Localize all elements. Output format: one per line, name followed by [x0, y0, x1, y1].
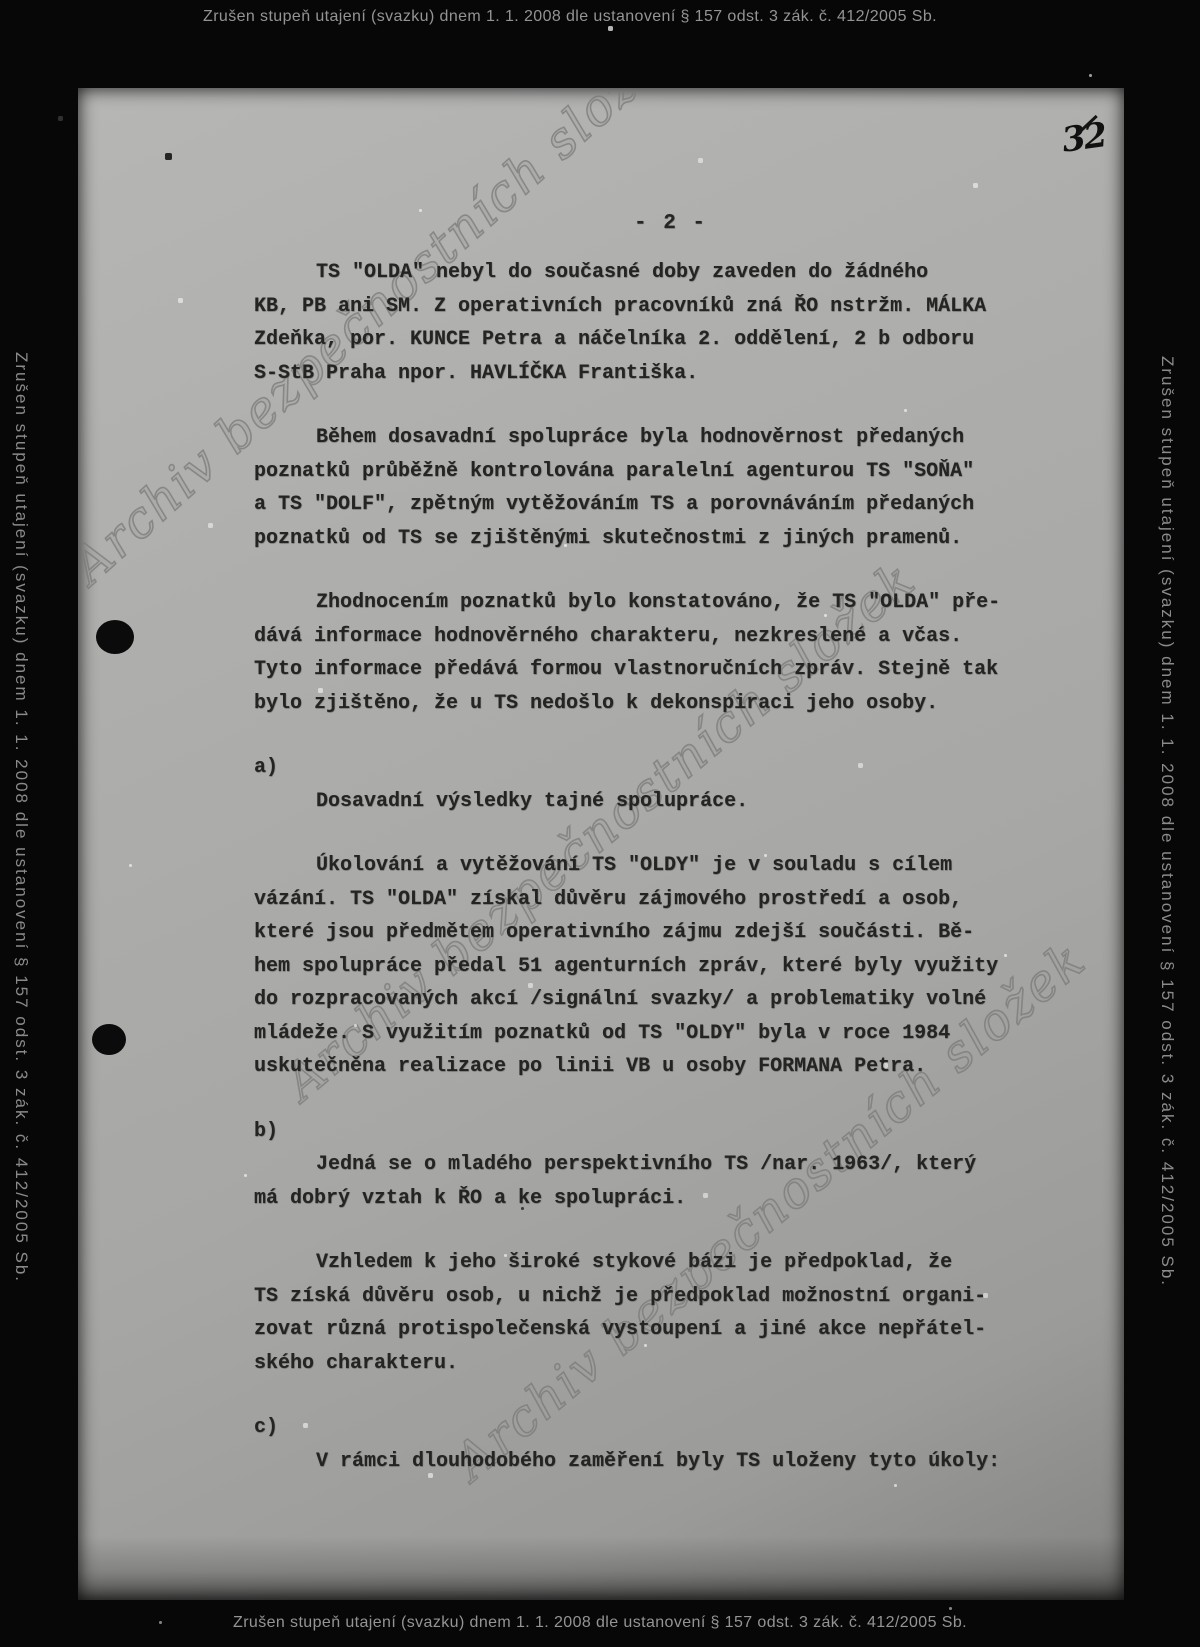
- typewritten-line: bylo zjištěno, že u TS nedošlo k dekonsp…: [254, 687, 1054, 721]
- section-label: b): [254, 1115, 1054, 1149]
- typewritten-line: TS získá důvěru osob, u nichž je předpok…: [254, 1280, 1054, 1314]
- typewritten-line: c): [254, 1411, 1054, 1445]
- typed-page-number: - 2 -: [634, 212, 707, 235]
- typewritten-line: mládeže. S využitím poznatků od TS "OLDY…: [254, 1017, 1054, 1051]
- typewritten-line: Úkolování a vytěžování TS "OLDY" je v so…: [254, 849, 1054, 883]
- declassification-banner-left: Zrušen stupeň utajení (svazku) dnem 1. 1…: [11, 352, 31, 1283]
- section-label: a): [254, 751, 1054, 785]
- typewritten-line: Vzhledem k jeho široké stykové bázi je p…: [254, 1246, 1054, 1280]
- typewritten-line: uskutečněna realizace po linii VB u osob…: [254, 1050, 1054, 1084]
- declassification-banner-right: Zrušen stupeň utajení (svazku) dnem 1. 1…: [1157, 356, 1177, 1287]
- typewritten-line: zovat různá protispolečenská vystoupení …: [254, 1313, 1054, 1347]
- typewritten-line: ského charakteru.: [254, 1347, 1054, 1381]
- typewritten-line: poznatků průběžně kontrolována paralelní…: [254, 455, 1054, 489]
- typewritten-line: které jsou předmětem operativního zájmu …: [254, 916, 1054, 950]
- ink-specks: [0, 0, 1, 1]
- typewritten-line: b): [254, 1115, 1054, 1149]
- typewritten-line: a): [254, 751, 1054, 785]
- punch-hole: [96, 620, 134, 654]
- declassification-banner-bottom: Zrušen stupeň utajení (svazku) dnem 1. 1…: [30, 1614, 1170, 1632]
- declassification-banner-top: Zrušen stupeň utajení (svazku) dnem 1. 1…: [0, 8, 1140, 26]
- typewritten-content: TS "OLDA" nebyl do současné doby zaveden…: [254, 256, 1054, 1509]
- typewritten-line: S-StB Praha npor. HAVLÍČKA Františka.: [254, 357, 1054, 391]
- typewritten-line: Zdeňka, por. KUNCE Petra a náčelníka 2. …: [254, 323, 1054, 357]
- typewritten-line: Dosavadní výsledky tajné spolupráce.: [254, 785, 1054, 819]
- paragraph: Dosavadní výsledky tajné spolupráce.: [254, 785, 1054, 819]
- typewritten-line: a TS "DOLF", zpětným vytěžováním TS a po…: [254, 488, 1054, 522]
- typewritten-line: poznatků od TS se zjištěnými skutečnostm…: [254, 522, 1054, 556]
- paragraph: Během dosavadní spolupráce byla hodnověr…: [254, 421, 1054, 555]
- typewritten-line: Zhodnocením poznatků bylo konstatováno, …: [254, 586, 1054, 620]
- paragraph: Vzhledem k jeho široké stykové bázi je p…: [254, 1246, 1054, 1380]
- typewritten-line: Tyto informace předává formou vlastnoruč…: [254, 653, 1054, 687]
- typewritten-line: Během dosavadní spolupráce byla hodnověr…: [254, 421, 1054, 455]
- typewritten-line: KB, PB ani SM. Z operativních pracovníků…: [254, 290, 1054, 324]
- typewritten-line: hem spolupráce předal 51 agenturních zpr…: [254, 950, 1054, 984]
- section-label: c): [254, 1411, 1054, 1445]
- handwritten-page-number: 32: [1059, 115, 1107, 161]
- typewritten-line: má dobrý vztah k ŘO a ke spolupráci.: [254, 1182, 1054, 1216]
- typewritten-line: TS "OLDA" nebyl do současné doby zaveden…: [254, 256, 1054, 290]
- paragraph: Zhodnocením poznatků bylo konstatováno, …: [254, 586, 1054, 720]
- typewritten-line: Jedná se o mladého perspektivního TS /na…: [254, 1148, 1054, 1182]
- paper-sheet: 32 - 2 - TS "OLDA" nebyl do současné dob…: [78, 88, 1124, 1600]
- paragraph: Úkolování a vytěžování TS "OLDY" je v so…: [254, 849, 1054, 1084]
- paragraph: V rámci dlouhodobého zaměření byly TS ul…: [254, 1445, 1054, 1479]
- paragraph: TS "OLDA" nebyl do současné doby zaveden…: [254, 256, 1054, 390]
- paragraph: Jedná se o mladého perspektivního TS /na…: [254, 1148, 1054, 1215]
- scanned-document: Zrušen stupeň utajení (svazku) dnem 1. 1…: [0, 0, 1200, 1647]
- typewritten-line: do rozpracovaných akcí /signální svazky/…: [254, 983, 1054, 1017]
- typewritten-line: V rámci dlouhodobého zaměření byly TS ul…: [254, 1445, 1054, 1479]
- typewritten-line: vázání. TS "OLDA" získal důvěru zájmovéh…: [254, 883, 1054, 917]
- typewritten-line: dává informace hodnověrného charakteru, …: [254, 620, 1054, 654]
- punch-hole: [92, 1024, 126, 1055]
